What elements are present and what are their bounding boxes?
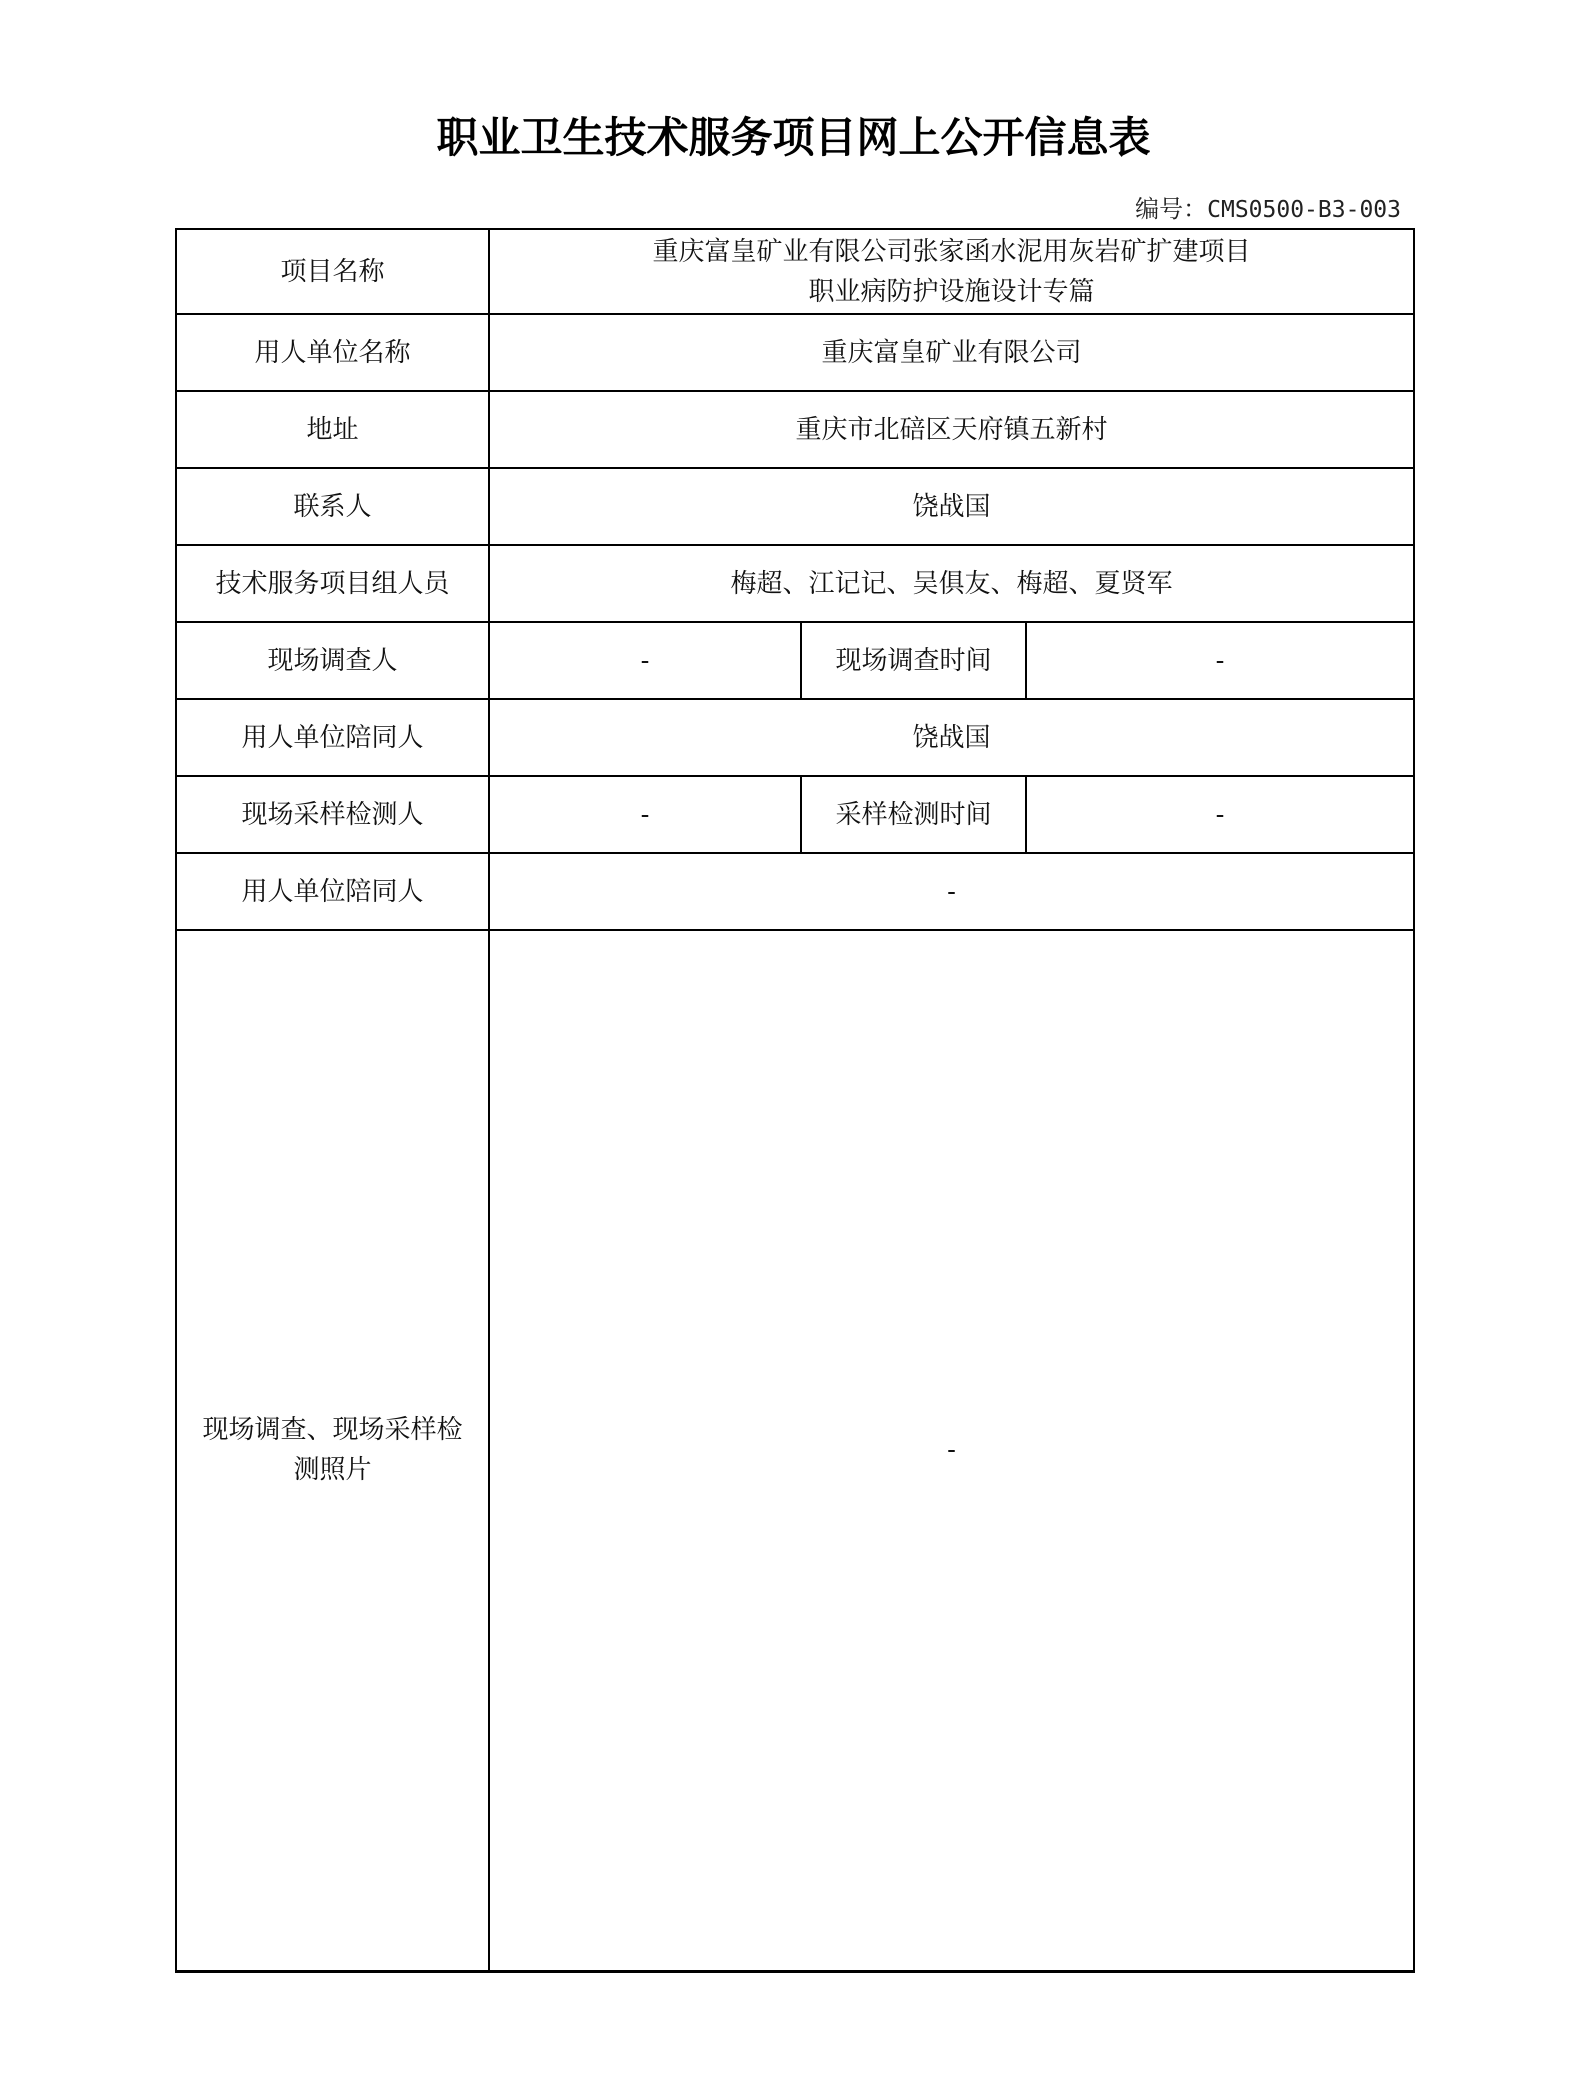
document-title: 职业卫生技术服务项目网上公开信息表	[0, 108, 1587, 168]
address-label: 地址	[176, 391, 489, 468]
site-investigator-value: -	[489, 622, 801, 699]
project-name-label: 项目名称	[176, 229, 489, 314]
table-row-project-name: 项目名称 重庆富皇矿业有限公司张家函水泥用灰岩矿扩建项目 职业病防护设施设计专篇	[176, 229, 1414, 314]
photos-label-wrap: 现场调查、现场采样检 测照片	[188, 1410, 478, 1490]
site-investigator-label: 现场调查人	[176, 622, 489, 699]
team-members-label: 技术服务项目组人员	[176, 545, 489, 622]
photos-label: 现场调查、现场采样检 测照片	[176, 930, 489, 1971]
employer-name-value: 重庆富皇矿业有限公司	[489, 314, 1414, 391]
sampling-tester-label: 现场采样检测人	[176, 776, 489, 853]
project-name-value: 重庆富皇矿业有限公司张家函水泥用灰岩矿扩建项目 职业病防护设施设计专篇	[489, 229, 1414, 314]
document-code-label: 编号：	[1135, 195, 1207, 223]
project-name-value-line1: 重庆富皇矿业有限公司张家函水泥用灰岩矿扩建项目	[490, 232, 1413, 272]
table-row-employer-escort-2: 用人单位陪同人 -	[176, 853, 1414, 930]
sampling-time-label: 采样检测时间	[801, 776, 1026, 853]
site-investigation-time-label: 现场调查时间	[801, 622, 1026, 699]
project-name-value-line2: 职业病防护设施设计专篇	[490, 272, 1413, 312]
contact-label: 联系人	[176, 468, 489, 545]
table-row-team-members: 技术服务项目组人员 梅超、江记记、吴俱友、梅超、夏贤军	[176, 545, 1414, 622]
info-table: 项目名称 重庆富皇矿业有限公司张家函水泥用灰岩矿扩建项目 职业病防护设施设计专篇…	[175, 228, 1415, 1973]
employer-name-label: 用人单位名称	[176, 314, 489, 391]
table-row-address: 地址 重庆市北碚区天府镇五新村	[176, 391, 1414, 468]
sampling-tester-value: -	[489, 776, 801, 853]
employer-escort-2-value: -	[489, 853, 1414, 930]
address-value: 重庆市北碚区天府镇五新村	[489, 391, 1414, 468]
table-row-sampling-tester: 现场采样检测人 - 采样检测时间 -	[176, 776, 1414, 853]
sampling-time-value: -	[1026, 776, 1414, 853]
table-row-contact: 联系人 饶战国	[176, 468, 1414, 545]
team-members-value: 梅超、江记记、吴俱友、梅超、夏贤军	[489, 545, 1414, 622]
employer-escort-1-value: 饶战国	[489, 699, 1414, 776]
document-code-value: CMS0500-B3-003	[1207, 197, 1401, 223]
table-row-employer-name: 用人单位名称 重庆富皇矿业有限公司	[176, 314, 1414, 391]
photos-value: -	[489, 930, 1414, 1971]
employer-escort-2-label: 用人单位陪同人	[176, 853, 489, 930]
table-row-photos: 现场调查、现场采样检 测照片 -	[176, 930, 1414, 1971]
employer-escort-1-label: 用人单位陪同人	[176, 699, 489, 776]
site-investigation-time-value: -	[1026, 622, 1414, 699]
table-row-employer-escort-1: 用人单位陪同人 饶战国	[176, 699, 1414, 776]
table-row-site-investigator: 现场调查人 - 现场调查时间 -	[176, 622, 1414, 699]
photos-label-line2: 测照片	[188, 1450, 478, 1490]
photos-label-line1: 现场调查、现场采样检	[188, 1410, 478, 1450]
contact-value: 饶战国	[489, 468, 1414, 545]
document-code: 编号：CMS0500-B3-003	[1135, 194, 1401, 224]
